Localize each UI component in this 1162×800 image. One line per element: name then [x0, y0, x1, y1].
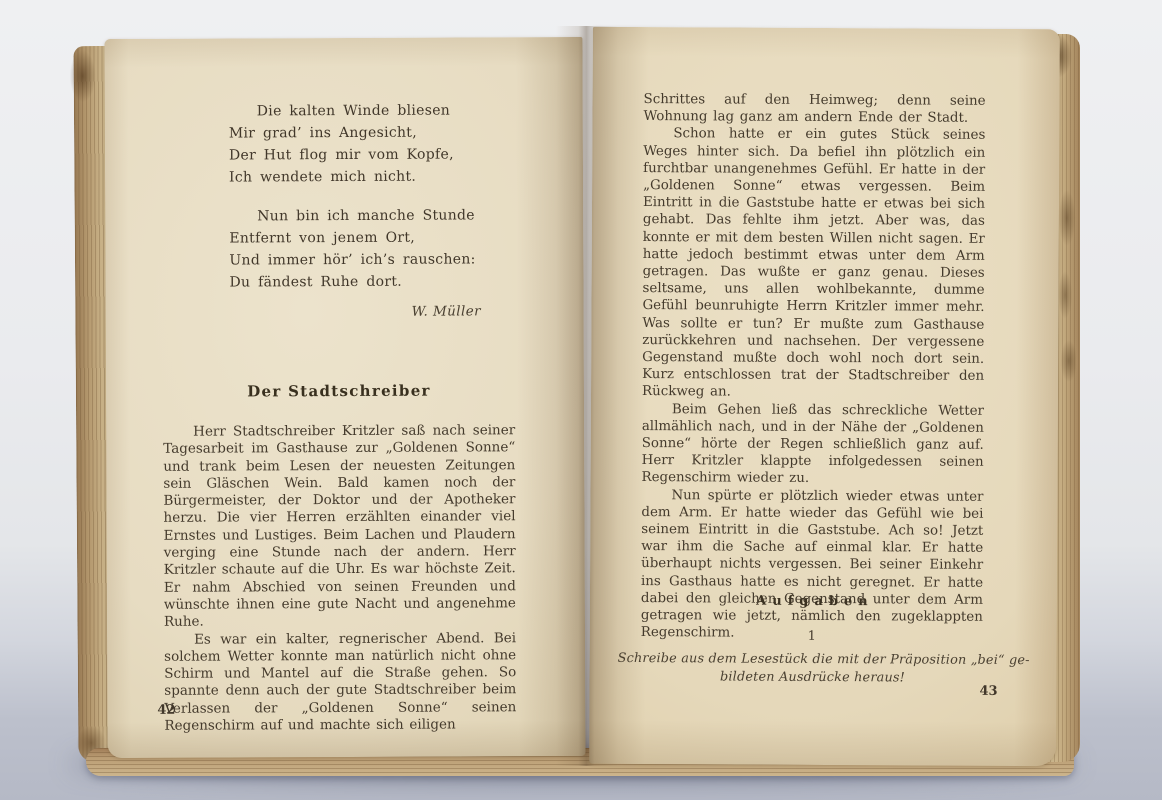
poem-line: Und immer hör’ ich’s rauschen:	[229, 248, 475, 271]
left-page: Die kalten Winde bliesen Mir grad’ ins A…	[104, 37, 585, 758]
poem-line: Mir grad’ ins Angesicht,	[229, 122, 454, 145]
paragraph: Beim Gehen ließ das schreckliche Wetter …	[642, 401, 984, 489]
photo-background: Die kalten Winde bliesen Mir grad’ ins A…	[0, 0, 1162, 800]
right-page-body: Schrittes auf den Heimweg; denn seine Wo…	[641, 91, 986, 643]
paragraph: Nun spürte er plötzlich wieder etwas unt…	[641, 487, 984, 644]
paragraph: Schon hatte er ein gutes Stück seines We…	[642, 125, 985, 402]
page-number-left: 42	[157, 703, 175, 718]
paragraph: Schrittes auf den Heimweg; denn seine Wo…	[643, 91, 985, 127]
paragraph: Es war ein kalter, regnerischer Abend. B…	[164, 630, 516, 735]
poem-line: Der Hut flog mir vom Kopfe,	[229, 144, 454, 167]
poem-stanza-1: Die kalten Winde bliesen Mir grad’ ins A…	[229, 100, 454, 189]
right-page: Schrittes auf den Heimweg; denn seine Wo…	[589, 27, 1060, 766]
left-page-body: Herr Stadtschreiber Kritzler saß nach se…	[163, 422, 516, 735]
story-title: Der Stadtschreiber	[163, 381, 515, 401]
exercise-text-line: bildeten Ausdrücke heraus!	[617, 669, 1007, 686]
exercises-heading: Aufgaben	[641, 593, 983, 610]
poem-line: Du fändest Ruhe dort.	[229, 270, 475, 293]
exercise-text-line: Schreibe aus dem Lesestück die mit der P…	[618, 651, 1008, 668]
poem-line: Die kalten Winde bliesen	[229, 100, 454, 123]
poem-line: Ich wendete mich nicht.	[229, 166, 454, 189]
poem-line: Entfernt von jenem Ort,	[229, 226, 475, 249]
poem-author: W. Müller	[412, 303, 481, 319]
open-book: Die kalten Winde bliesen Mir grad’ ins A…	[0, 0, 1162, 800]
poem-stanza-2: Nun bin ich manche Stunde Entfernt von j…	[229, 204, 476, 293]
poem-line: Nun bin ich manche Stunde	[229, 204, 475, 227]
paragraph: Herr Stadtschreiber Kritzler saß nach se…	[163, 422, 516, 631]
exercise-number: 1	[641, 628, 983, 645]
page-number-right: 43	[979, 684, 997, 699]
